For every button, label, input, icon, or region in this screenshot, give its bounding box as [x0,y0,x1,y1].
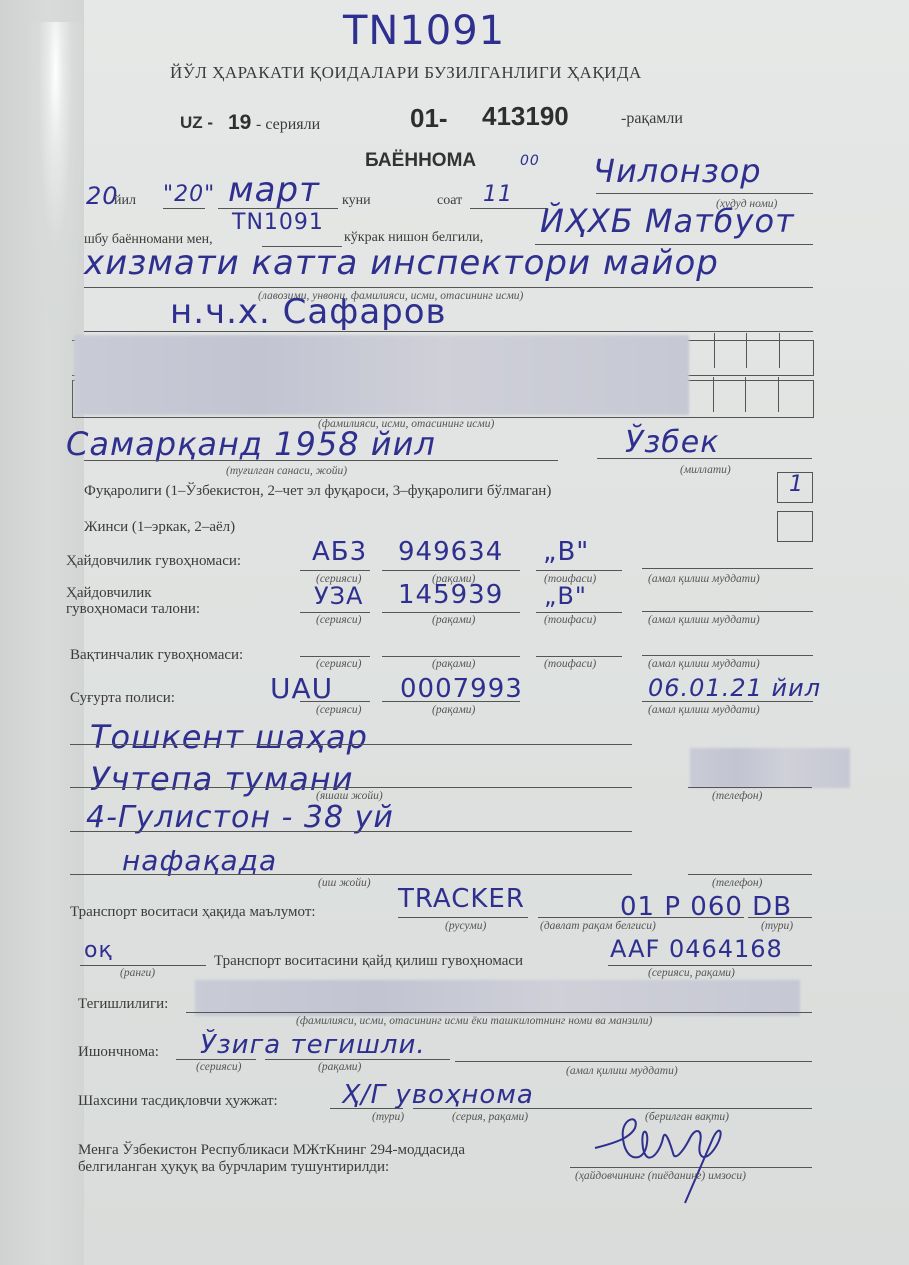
citizenship-value: 1 [789,472,804,497]
day-value: "20" [163,182,215,207]
caption-series: (серияси) [316,704,361,716]
identity-doc-value: Ҳ/Г увоҳнома [342,1080,534,1110]
insurance-number: 0007993 [400,674,523,704]
time-label: соат [437,193,462,209]
vehicle-color-caption: (ранги) [120,967,155,979]
license-coupon-label-2: гувоҳномаси талони: [66,601,200,618]
insurance-validity: 06.01.21 йил [648,674,821,702]
birth-caption: (туғилган санаси, жойи) [226,465,347,477]
caption-number: (рақами) [432,614,475,626]
birth-place-date-value: Самарқанд 1958 йил [66,425,436,463]
temporary-license-label: Вақтинчалик гувоҳномаси: [70,647,243,664]
light-glare [28,22,83,352]
caption-number: (рақами) [432,658,475,670]
place-value: Чилонзор [593,152,762,190]
signature-caption: (ҳайдовчининг (пиёданинг) имзоси) [575,1170,746,1182]
license-coupon-number: 145939 [398,580,503,610]
vehicle-type-caption: (тури) [761,920,793,932]
driver-signature [585,1108,745,1208]
redacted-phone [690,748,850,788]
badge-number-value: TN1091 [232,210,324,235]
form-heading: ЙЎЛ ҲАРАКАТИ ҚОИДАЛАРИ БУЗИЛГАНЛИГИ ҲАҚИ… [170,63,642,83]
vehicle-model-value: TRACKER [398,884,525,914]
poa-series-caption: (серияси) [196,1061,241,1073]
identity-doc-label: Шахсини тасдиқловчи ҳужжат: [78,1093,278,1110]
driver-license-number: 949634 [398,537,503,567]
ownership-caption: (фамилияси, исми, отасининг исми ёки таш… [296,1015,652,1027]
license-coupon-category: „В" [544,582,587,610]
gender-box[interactable] [777,511,813,542]
residence-line2: Учтепа тумани [90,760,353,798]
vehicle-info-label: Транспорт воситаси ҳақида маълумот: [70,904,316,921]
work-place-value: нафақада [122,844,277,877]
rights-text-line1: Менга Ўзбекистон Республикаси МЖтКнинг 2… [78,1142,465,1159]
handwritten-form-id: TN1091 [343,8,505,54]
citizenship-label: Фуқаролиги (1–Ўзбекистон, 2–чет эл фуқар… [84,483,551,500]
caption-validity: (амал қилиш муддати) [648,614,760,626]
registration-value: AAF 0464168 [610,935,783,963]
ownership-label: Тегишлилиги: [78,996,168,1013]
caption-series: (серияси) [316,658,361,670]
rights-text-line2: белгиланган ҳуқуқ ва бурчларим тушунтири… [78,1159,389,1176]
driver-license-series: АБ3 [312,537,367,567]
document-number-prefix: 01- [410,103,448,134]
number-label: -рақамли [621,110,683,128]
work-phone-caption: (телефон) [712,877,762,889]
work-caption: (иш жойи) [318,877,371,889]
gender-label: Жинси (1–эркак, 2–аёл) [84,519,235,536]
caption-category: (тоифаси) [544,658,596,670]
document-title: БАЁННОМА [365,150,476,172]
insurance-label: Суғурта полиси: [70,690,175,707]
time-minutes: 00 [520,153,540,169]
phone-caption: (телефон) [712,790,762,802]
plate-number-caption: (давлат рақам белгиси) [540,920,656,932]
license-coupon-label-1: Ҳайдовчилик [66,585,152,602]
month-value: март [228,170,320,210]
series-prefix: UZ - [180,113,213,133]
poa-validity-caption: (амал қилиш муддати) [566,1065,678,1077]
redacted-offender-name [74,335,689,415]
document-number: 413190 [482,101,569,132]
caption-validity: (амал қилиш муддати) [648,704,760,716]
series-label: - серияли [256,116,320,134]
day-label: куни [342,193,371,209]
poa-number-caption: (рақами) [318,1061,361,1073]
driver-license-label: Ҳайдовчилик гувоҳномаси: [66,553,241,570]
id-series-caption: (серия, рақами) [452,1111,528,1123]
power-of-attorney-value: Ўзига тегишли. [200,1030,426,1060]
nationality-caption: (миллати) [680,464,731,476]
vehicle-model-caption: (русуми) [445,920,486,932]
id-type-caption: (тури) [372,1111,404,1123]
driver-license-category: „В" [543,537,589,567]
registration-label: Транспорт воситасини қайд қилиш гувоҳном… [214,953,523,970]
residence-line1: Тошкент шаҳар [90,718,368,756]
registration-caption: (серияси, рақами) [648,967,735,979]
nationality-value: Ўзбек [625,425,719,460]
time-hours: 11 [483,182,513,207]
residence-line3: 4-Гулистон - 38 уй [86,800,394,835]
power-of-attorney-label: Ишончнома: [78,1044,159,1061]
vehicle-color-value: оқ [84,938,113,963]
caption-number: (рақами) [432,704,475,716]
caption-category: (тоифаси) [544,614,596,626]
caption-validity: (амал қилиш муддати) [648,573,760,585]
redacted-owner [195,980,800,1016]
officer-position-line1: ЙҲХБ Матбуот [540,202,795,240]
license-coupon-series: УЗА [314,582,363,610]
series-number: 19 [228,111,251,135]
caption-validity: (амал қилиш муддати) [648,658,760,670]
caption-series: (серияси) [316,614,361,626]
officer-name: н.ч.х. Сафаров [170,292,447,332]
year-label: йил [114,193,136,209]
officer-position-line2: хизмати катта инспектори майор [84,243,719,283]
